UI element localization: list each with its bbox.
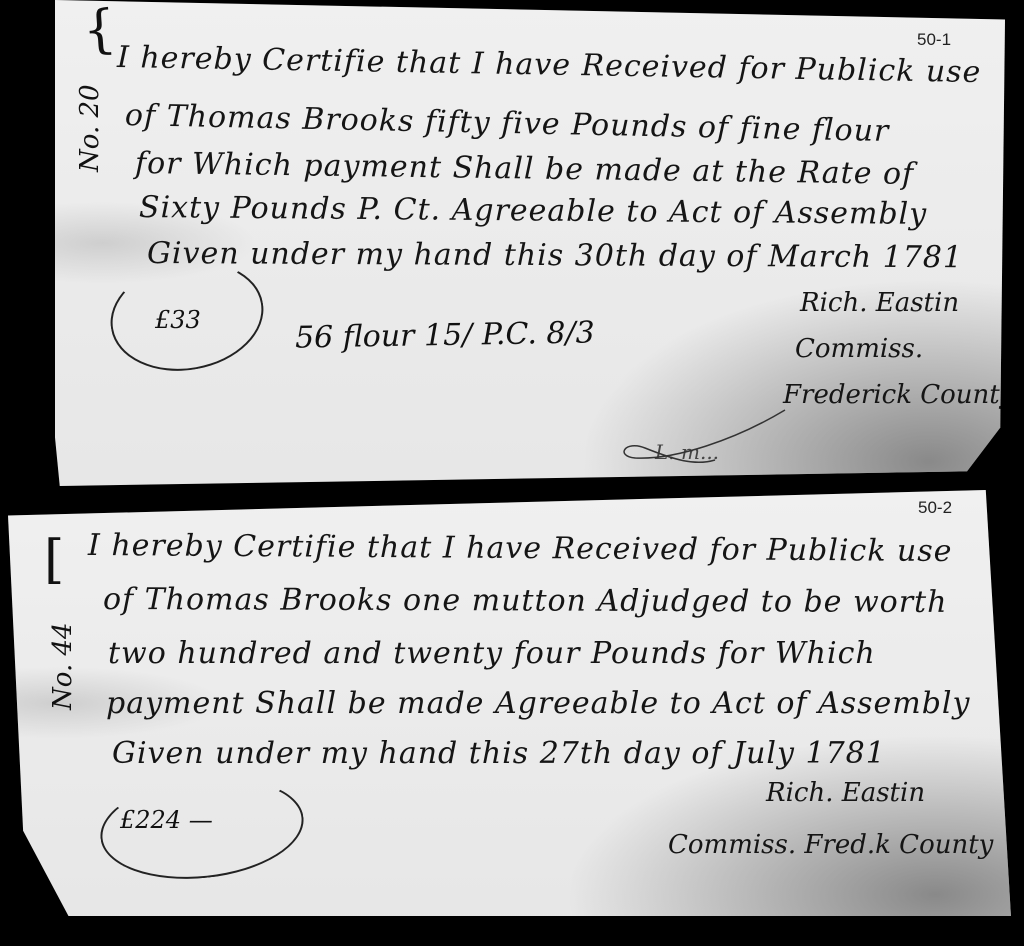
- faint-bottom-note: L. m...: [655, 440, 719, 464]
- document-line-1: I hereby Certifie that I have Received f…: [117, 40, 982, 90]
- document-line-1: I hereby Certifie that I have Received f…: [88, 528, 953, 569]
- margin-bracket-icon: {: [81, 3, 118, 57]
- margin-number: No. 44: [48, 622, 78, 710]
- receipt-document-2: 50-2 [ No. 44 I hereby Certifie that I h…: [8, 490, 1016, 916]
- amount-circled: £33: [155, 306, 201, 334]
- signature-county: Frederick County: [783, 380, 1005, 410]
- signature-title: Commiss.: [795, 334, 923, 364]
- amount-circled: £224 —: [120, 806, 213, 834]
- signature-name: Rich. Eastin: [766, 778, 925, 808]
- document-line-2: of Thomas Brooks one mutton Adjudged to …: [103, 582, 948, 620]
- archive-label: 50-1: [917, 30, 951, 50]
- margin-bracket-icon: [: [44, 534, 64, 586]
- signature-name: Rich. Eastin: [800, 288, 959, 318]
- document-line-4: Sixty Pounds P. Ct. Agreeable to Act of …: [139, 190, 927, 232]
- document-line-3: for Which payment Shall be made at the R…: [135, 146, 915, 192]
- margin-number: No. 20: [75, 84, 105, 172]
- receipt-document-1: 50-1 { No. 20 I hereby Certifie that I h…: [55, 0, 1005, 486]
- document-line-2: of Thomas Brooks fifty five Pounds of fi…: [125, 98, 890, 149]
- document-line-4: payment Shall be made Agreeable to Act o…: [106, 686, 970, 721]
- document-line-5: Given under my hand this 30th day of Mar…: [147, 236, 963, 275]
- flour-notation: 56 flour 15/ P.C. 8/3: [295, 315, 595, 355]
- document-line-5: Given under my hand this 27th day of Jul…: [112, 736, 886, 771]
- document-line-3: two hundred and twenty four Pounds for W…: [108, 636, 876, 671]
- archive-label: 50-2: [918, 498, 952, 518]
- signature-title: Commiss. Fred.k County: [668, 830, 993, 860]
